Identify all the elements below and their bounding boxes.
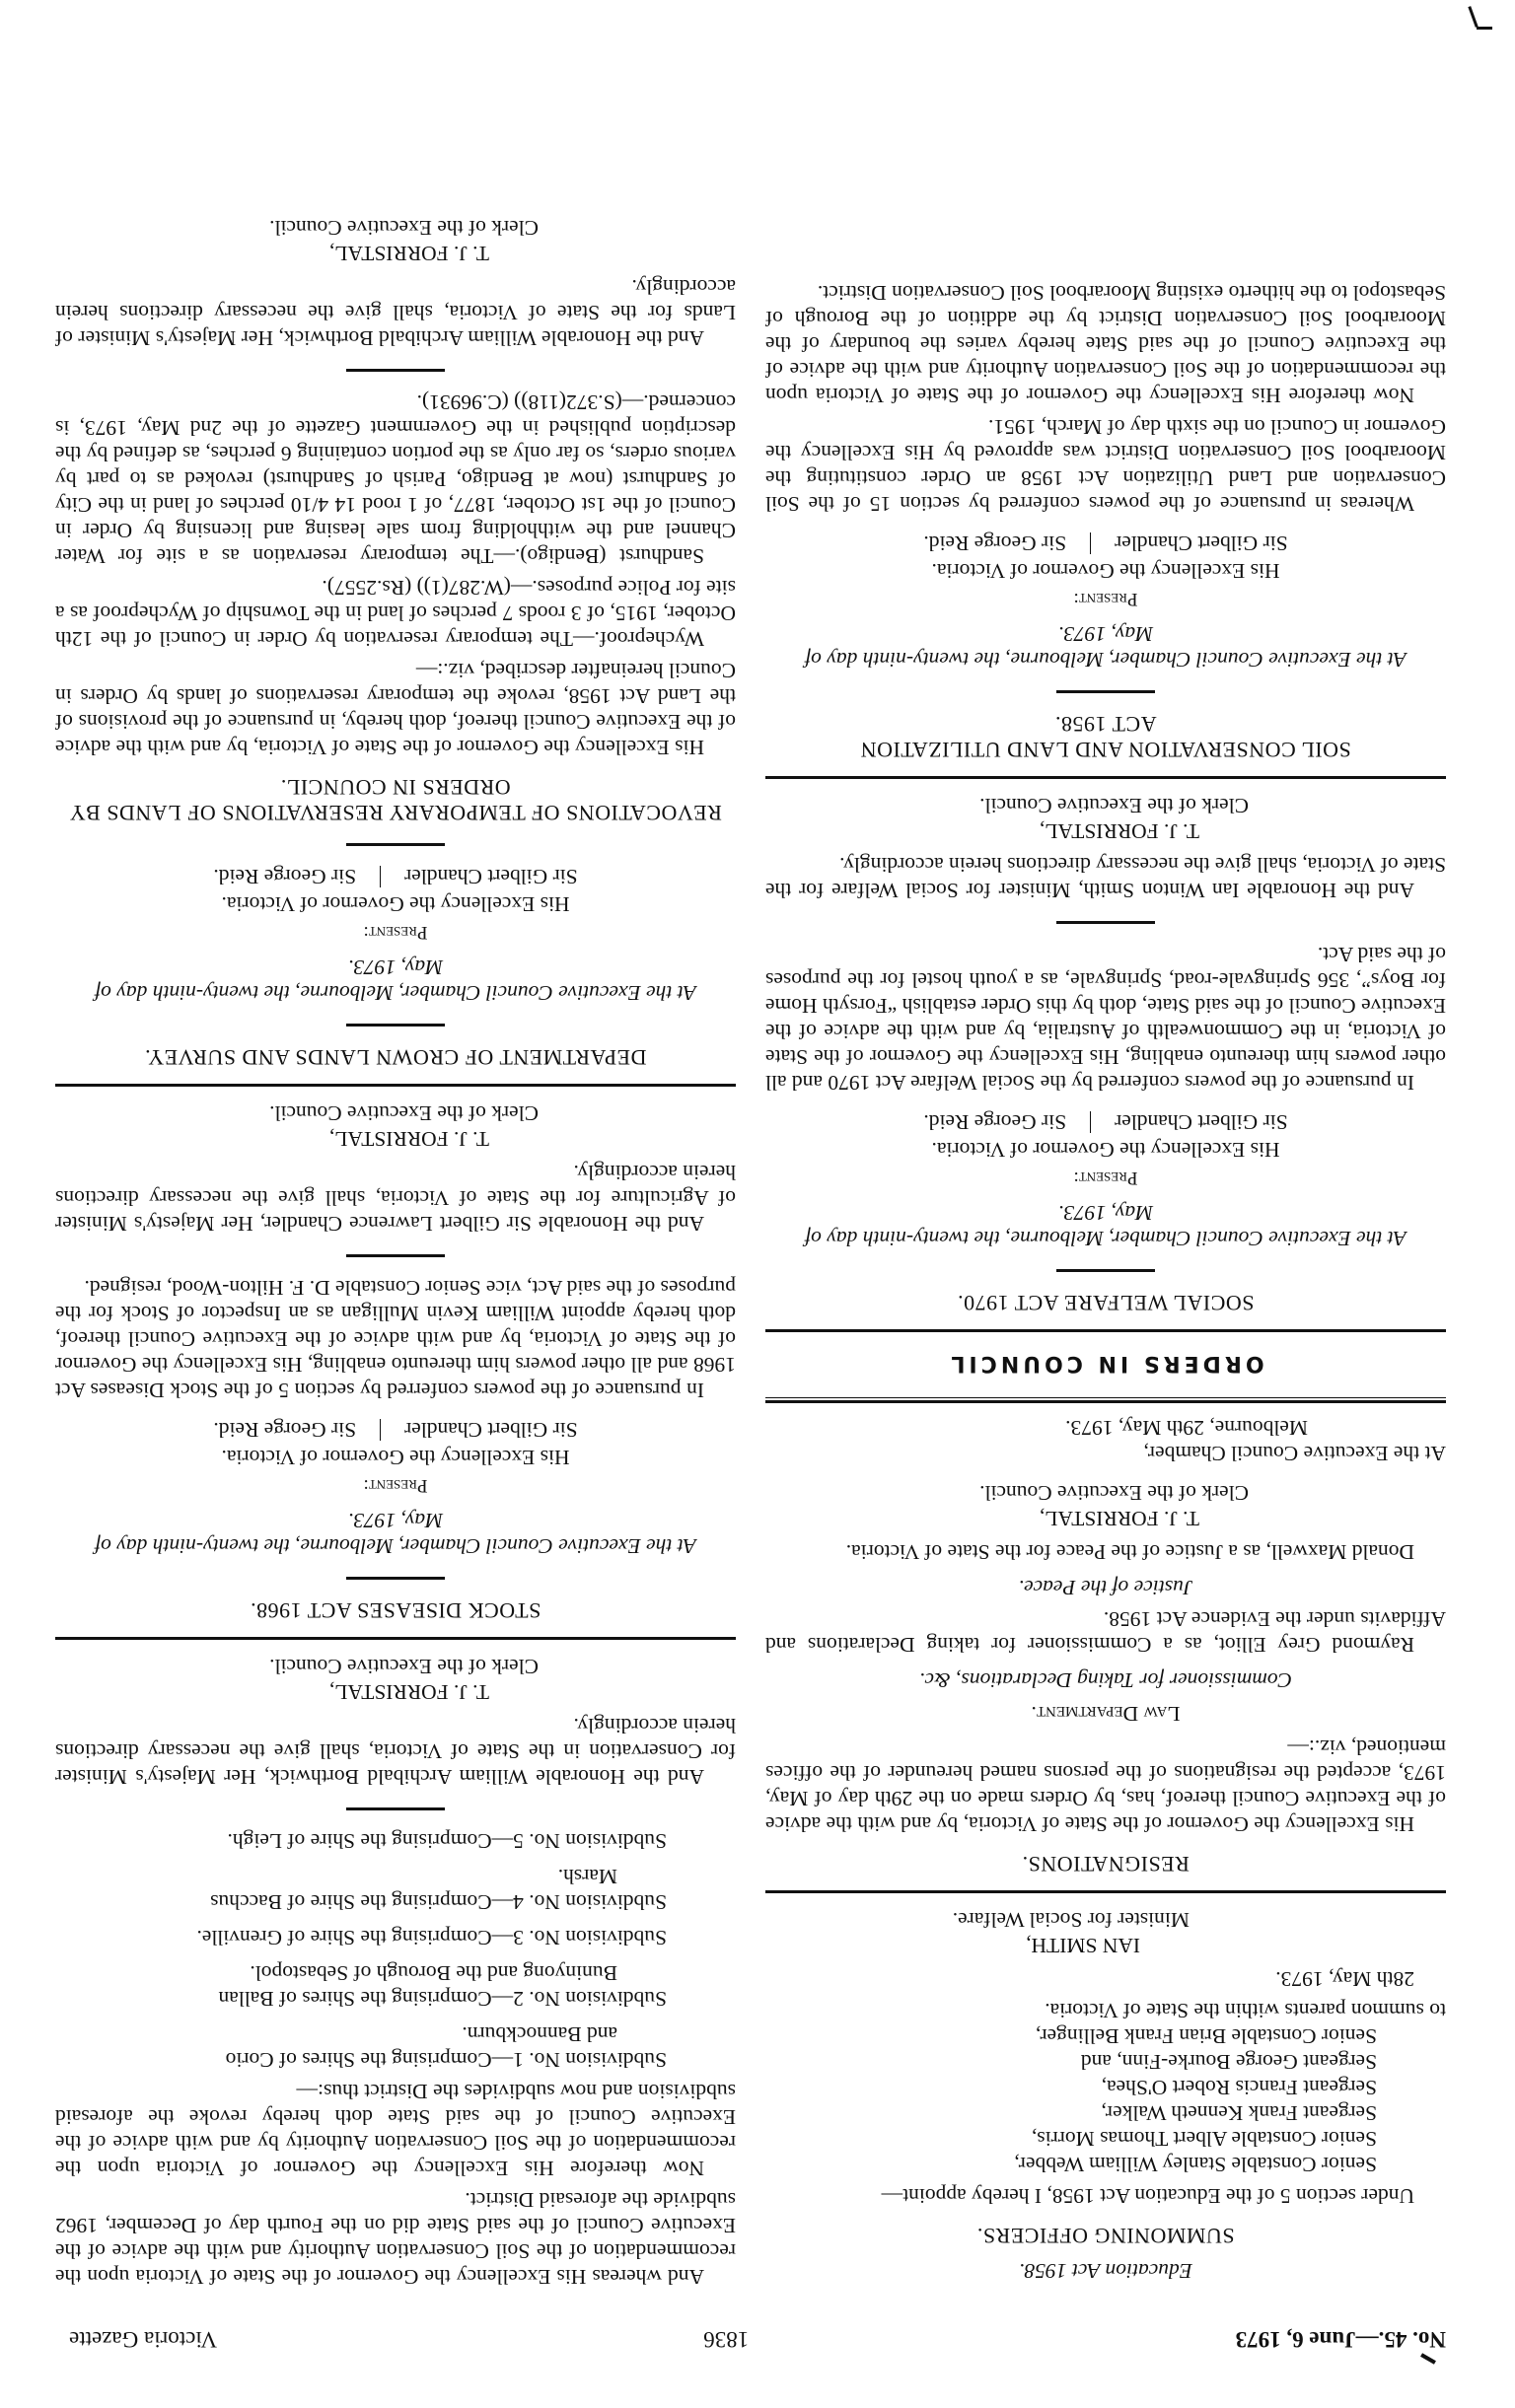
list-item: Sergeant Francis Robert O'Shea, — [765, 2075, 1377, 2100]
running-head: No. 45.—June 6, 1973 1836 Victoria Gazet… — [69, 2319, 1446, 2359]
subdivision-continuation: Marsh. — [55, 1864, 667, 1889]
attendee: Sir George Reid. — [923, 1109, 1066, 1135]
attendee: Sir Gilbert Chandler — [404, 864, 578, 889]
subdivision-continuation: Buninyong and the Borough of Sebastopol. — [55, 1960, 667, 1986]
divider — [765, 1890, 1446, 1893]
divider — [346, 843, 445, 846]
signatory-name: T. J. FORRISTAL, — [55, 1679, 539, 1705]
signature-block: T. J. FORRISTAL, Clerk of the Executive … — [765, 1480, 1249, 1531]
divider — [346, 369, 445, 372]
divider — [346, 1807, 445, 1810]
divider — [1056, 1269, 1155, 1272]
divider — [55, 1637, 736, 1640]
commissioner-subhead: Commissioner for Taking Declarations, &c… — [765, 1667, 1446, 1693]
heading-line-1: SOIL CONSERVATION AND LAND UTILIZATION — [765, 737, 1446, 762]
subdivision-text: Subdivision No. 4—Comprising the Shire o… — [210, 1890, 667, 1914]
council-line: At the Executive Council Chamber, Melbou… — [55, 1508, 736, 1559]
divider — [1056, 921, 1155, 924]
soil-continued-closing: And the Honorable William Archibald Bort… — [55, 1713, 736, 1790]
signature-block: T. J. FORRISTAL, Clerk of the Executive … — [55, 1654, 539, 1705]
issue-number: No. 45.—June 6, 1973 — [1236, 2326, 1446, 2352]
divider — [380, 866, 381, 887]
page-number: 1836 — [703, 2326, 749, 2352]
summoning-officers-heading: SUMMONING OFFICERS. — [765, 2223, 1446, 2248]
present-label: Present: — [765, 1165, 1446, 1190]
soil-conservation-heading: SOIL CONSERVATION AND LAND UTILIZATION A… — [765, 711, 1446, 762]
divider — [1090, 532, 1091, 554]
heading-line-2: ACT 1958. — [765, 711, 1446, 737]
education-act-title: Education Act 1958. — [765, 2258, 1446, 2284]
attendee: Sir George Reid. — [923, 531, 1066, 556]
list-item: Sergeant George Bourke-Finn, and — [765, 2049, 1377, 2075]
attendees: Sir Gilbert Chandler Sir George Reid. — [765, 1109, 1446, 1135]
signature-block: T. J. FORRISTAL, Clerk of the Executive … — [55, 215, 539, 266]
column-left: Education Act 1958. SUMMONING OFFICERS. … — [765, 274, 1446, 2290]
list-item: Subdivision No. 4—Comprising the Shire o… — [55, 1864, 736, 1915]
subdivision-text: Subdivision No. 2—Comprising the Shires … — [219, 1987, 667, 2011]
orders-in-council-banner: ORDERS IN COUNCIL — [765, 1350, 1446, 1376]
column-right: And whereas His Excellency the Governor … — [55, 201, 736, 2290]
divider — [765, 1397, 1446, 1403]
signatory-name: T. J. FORRISTAL, — [765, 818, 1249, 844]
governor-line: His Excellency the Governor of Victoria. — [765, 1137, 1446, 1163]
list-item: Subdivision No. 1—Comprising the Shires … — [55, 2021, 736, 2073]
social-welfare-closing: And the Honorable Ian Winton Smith, Mini… — [765, 852, 1446, 903]
subdivision-text: Subdivision No. 3—Comprising the Shire o… — [196, 1926, 667, 1949]
list-item: Subdivision No. 2—Comprising the Shires … — [55, 1960, 736, 2012]
attendees: Sir Gilbert Chandler Sir George Reid. — [765, 531, 1446, 556]
stock-diseases-body: In pursuance of the powers conferred by … — [55, 1275, 736, 1403]
governor-line: His Excellency the Governor of Victoria. — [765, 558, 1446, 584]
list-item: Subdivision No. 3—Comprising the Shire o… — [55, 1925, 736, 1950]
council-line: At the Executive Council Chamber, Melbou… — [765, 1200, 1446, 1251]
wycheproof-entry: Wycheproof.—The temporary reservation by… — [55, 575, 736, 652]
list-item: Senior Constable Brian Frank Bellinger, — [765, 2023, 1377, 2049]
list-item: Subdivision No. 5—Comprising the Shire o… — [55, 1828, 736, 1854]
soil-para-1: Whereas in pursuance of the powers confe… — [765, 414, 1446, 517]
resignations-body: His Excellency the Governor of the State… — [765, 1735, 1446, 1837]
signatory-title: Clerk of the Executive Council. — [55, 1654, 539, 1679]
social-welfare-heading: SOCIAL WELFARE ACT 1970. — [765, 1290, 1446, 1315]
divider — [1056, 690, 1155, 693]
signature-block: T. J. FORRISTAL, Clerk of the Executive … — [55, 1100, 539, 1152]
present-label: Present: — [55, 1472, 736, 1498]
present-label: Present: — [55, 919, 736, 945]
divider — [1090, 1111, 1091, 1133]
council-line: At the Executive Council Chamber, Melbou… — [765, 621, 1446, 673]
divider — [346, 1024, 445, 1027]
social-welfare-body: In pursuance of the powers conferred by … — [765, 942, 1446, 1096]
handwritten-mark — [1477, 27, 1492, 30]
appointee-list: Senior Constable Stanley William Webber,… — [765, 2023, 1446, 2177]
law-department-label: Law Department. — [765, 1701, 1446, 1727]
divider — [380, 1419, 381, 1441]
dateline-line-2: Melbourne, 29th May, 1973. — [765, 1415, 1446, 1441]
soil-para-2: Now therefore His Excellency the Governo… — [765, 280, 1446, 408]
publication-title: Victoria Gazette — [69, 2326, 217, 2352]
crown-lands-heading: DEPARTMENT OF CROWN LANDS AND SURVEY. — [55, 1044, 736, 1070]
signatory-title: Clerk of the Executive Council. — [55, 215, 539, 241]
education-date: 28th May, 1973. — [765, 1966, 1446, 1992]
signatory-title: Clerk of the Executive Council. — [765, 793, 1249, 818]
resignation-entry-1: Raymond Grey Elliot, as a Commissioner f… — [765, 1606, 1446, 1658]
attendee: Sir George Reid. — [213, 1417, 356, 1443]
signatory-name: T. J. FORRISTAL, — [55, 241, 539, 266]
resignations-heading: RESIGNATIONS. — [765, 1851, 1446, 1877]
signatory-title: Clerk of the Executive Council. — [765, 1480, 1249, 1506]
council-line: At the Executive Council Chamber, Melbou… — [55, 955, 736, 1006]
governor-line: His Excellency the Governor of Victoria. — [55, 891, 736, 917]
divider — [346, 1577, 445, 1580]
list-item: Senior Constable Stanley William Webber, — [765, 2152, 1377, 2177]
signatory-title: Clerk of the Executive Council. — [55, 1100, 539, 1126]
sandhurst-entry: Sandhurst (Bendigo).—The temporary reser… — [55, 390, 736, 569]
divider — [55, 1084, 736, 1087]
governor-line: His Excellency the Governor of Victoria. — [55, 1445, 736, 1470]
soil-continued-para-2: Now therefore His Excellency the Governo… — [55, 2079, 736, 2181]
signatory-name: IAN SMITH, — [765, 1933, 1190, 1958]
subdivision-text: Subdivision No. 1—Comprising the Shires … — [226, 2048, 667, 2072]
stock-diseases-heading: STOCK DISEASES ACT 1968. — [55, 1597, 736, 1623]
divider — [765, 1329, 1446, 1332]
subdivision-continuation: and Bannockburn. — [55, 2021, 667, 2047]
list-item: Senior Constable Albert Thomas Morris, — [765, 2126, 1377, 2152]
divider — [346, 1254, 445, 1257]
education-purpose: to summon parents within the State of Vi… — [765, 1998, 1446, 2023]
signature-block: T. J. FORRISTAL, Clerk of the Executive … — [765, 793, 1249, 844]
signatory-name: T. J. FORRISTAL, — [765, 1506, 1249, 1531]
signatory-title: Minister for Social Welfare. — [765, 1907, 1190, 1933]
attendee: Sir George Reid. — [213, 864, 356, 889]
list-item: Sergeant Frank Kenneth Walker, — [765, 2100, 1377, 2126]
present-label: Present: — [765, 586, 1446, 611]
attendee: Sir Gilbert Chandler — [1115, 531, 1288, 556]
attendee: Sir Gilbert Chandler — [1115, 1109, 1288, 1135]
attendees: Sir Gilbert Chandler Sir George Reid. — [55, 864, 736, 889]
gazette-page: No. 45.—June 6, 1973 1836 Victoria Gazet… — [0, 0, 1515, 2408]
soil-continued-para-1: And whereas His Excellency the Governor … — [55, 2187, 736, 2290]
dateline-line-1: At the Executive Council Chamber, — [1143, 1442, 1446, 1465]
crown-lands-body: His Excellency the Governor of the State… — [55, 658, 736, 760]
education-intro: Under section 5 of the Education Act 195… — [765, 2183, 1446, 2209]
crown-lands-closing: And the Honorable William Archibald Bort… — [55, 274, 736, 351]
stock-diseases-closing: And the Honorable Sir Gilbert Lawrence C… — [55, 1160, 736, 1237]
resignation-entry-2: Donald Maxwell, as a Justice of the Peac… — [765, 1539, 1446, 1565]
divider — [765, 776, 1446, 779]
attendee: Sir Gilbert Chandler — [404, 1417, 578, 1443]
subdivision-text: Subdivision No. 5—Comprising the Shire o… — [227, 1829, 667, 1853]
signatory-name: T. J. FORRISTAL, — [55, 1126, 539, 1152]
revocations-heading: REVOCATIONS OF TEMPORARY RESERVATIONS OF… — [55, 774, 736, 825]
attendees: Sir Gilbert Chandler Sir George Reid. — [55, 1417, 736, 1443]
orders-dateline: At the Executive Council Chamber, Melbou… — [765, 1415, 1446, 1466]
subdivision-list: Subdivision No. 1—Comprising the Shires … — [55, 1828, 736, 2073]
justice-subhead: Justice of the Peace. — [765, 1575, 1446, 1600]
signature-block: IAN SMITH, Minister for Social Welfare. — [765, 1907, 1190, 1958]
